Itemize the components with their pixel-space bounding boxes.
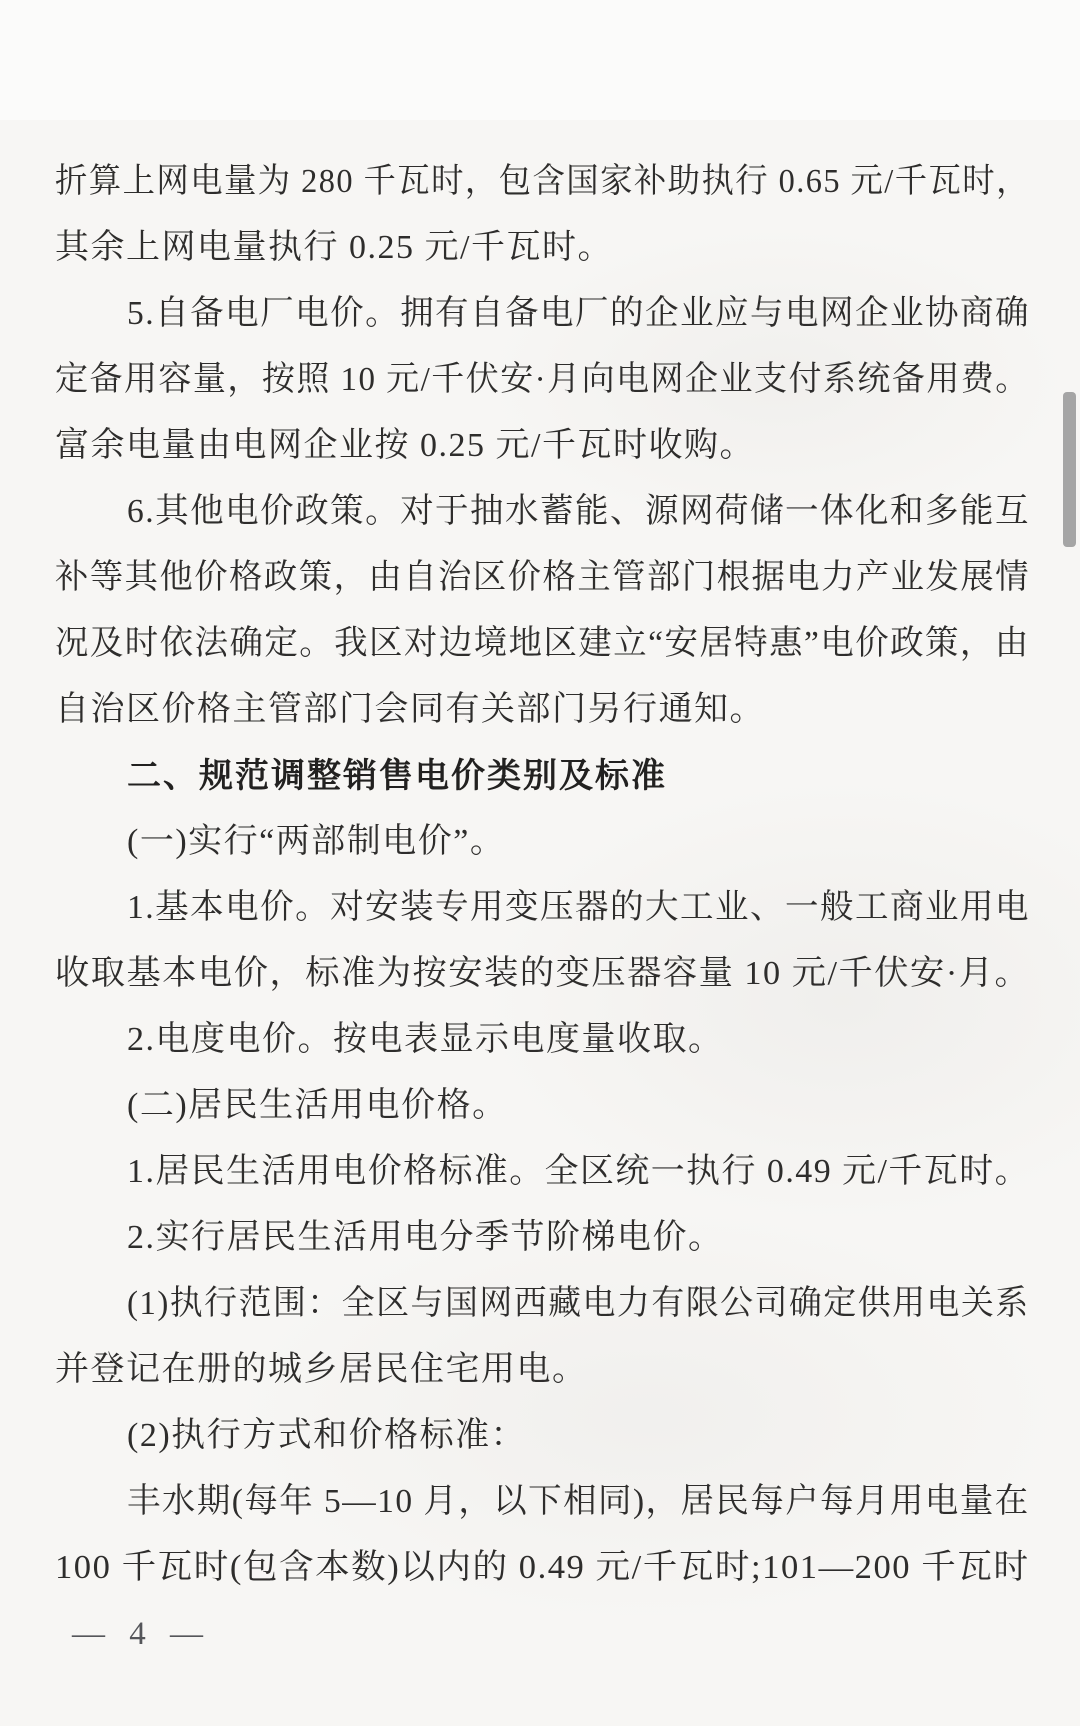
body-line-text: (二)居民生活用电价格。: [127, 1073, 508, 1139]
body-line-text: 丰水期(每年 5—10 月，以下相同)，居民每户每月用电量在: [127, 1469, 1030, 1535]
section-heading-text: 二、规范调整销售电价类别及标准: [127, 743, 667, 809]
body-line: 其余上网电量执行 0.25 元/千瓦时。: [55, 215, 1030, 281]
scrollbar-thumb[interactable]: [1063, 392, 1076, 547]
body-line-text: 富余电量由电网企业按 0.25 元/千瓦时收购。: [55, 413, 755, 479]
body-line-text: 定备用容量，按照 10 元/千伏安·月向电网企业支付系统备用费。: [55, 347, 1030, 413]
body-line: 100 千瓦时(包含本数)以内的 0.49 元/千瓦时;101—200 千瓦时: [55, 1535, 1030, 1601]
body-line-text: (一)实行“两部制电价”。: [127, 809, 505, 875]
document-body: 折算上网电量为 280 千瓦时，包含国家补助执行 0.65 元/千瓦时， 其余上…: [55, 149, 1030, 1601]
body-line-text: 2.实行居民生活用电分季节阶梯电价。: [127, 1205, 724, 1271]
body-line-text: (1)执行范围：全区与国网西藏电力有限公司确定供用电关系: [127, 1271, 1030, 1337]
document-page: 折算上网电量为 280 千瓦时，包含国家补助执行 0.65 元/千瓦时， 其余上…: [0, 0, 1080, 1726]
body-line: 2.电度电价。按电表显示电度量收取。: [55, 1007, 1030, 1073]
body-line: (二)居民生活用电价格。: [55, 1073, 1030, 1139]
body-line: 况及时依法确定。我区对边境地区建立“安居特惠”电价政策，由: [55, 611, 1030, 677]
body-line-text: 并登记在册的城乡居民住宅用电。: [55, 1337, 588, 1403]
body-line-text: 1.基本电价。对安装专用变压器的大工业、一般工商业用电: [127, 875, 1030, 941]
body-line: 自治区价格主管部门会同有关部门另行通知。: [55, 677, 1030, 743]
body-line-text: 100 千瓦时(包含本数)以内的 0.49 元/千瓦时;101—200 千瓦时: [55, 1535, 1030, 1601]
body-line: 2.实行居民生活用电分季节阶梯电价。: [55, 1205, 1030, 1271]
body-line-text: (2)执行方式和价格标准：: [127, 1403, 526, 1469]
body-line: 丰水期(每年 5—10 月，以下相同)，居民每户每月用电量在: [55, 1469, 1030, 1535]
body-line: 折算上网电量为 280 千瓦时，包含国家补助执行 0.65 元/千瓦时，: [55, 149, 1030, 215]
body-line-text: 其余上网电量执行 0.25 元/千瓦时。: [55, 215, 613, 281]
page-number: — 4 —: [72, 1601, 205, 1667]
section-heading: 二、规范调整销售电价类别及标准: [55, 743, 1030, 809]
body-line-text: 补等其他价格政策，由自治区价格主管部门根据电力产业发展情: [55, 545, 1030, 611]
body-line: 并登记在册的城乡居民住宅用电。: [55, 1337, 1030, 1403]
body-line: (一)实行“两部制电价”。: [55, 809, 1030, 875]
body-line: 6.其他电价政策。对于抽水蓄能、源网荷储一体化和多能互: [55, 479, 1030, 545]
body-line: (1)执行范围：全区与国网西藏电力有限公司确定供用电关系: [55, 1271, 1030, 1337]
body-line: (2)执行方式和价格标准：: [55, 1403, 1030, 1469]
body-line: 1.居民生活用电价格标准。全区统一执行 0.49 元/千瓦时。: [55, 1139, 1030, 1205]
page-top-margin: [0, 0, 1080, 120]
body-line-text: 折算上网电量为 280 千瓦时，包含国家补助执行 0.65 元/千瓦时，: [55, 149, 1030, 215]
body-line: 富余电量由电网企业按 0.25 元/千瓦时收购。: [55, 413, 1030, 479]
body-line-text: 收取基本电价，标准为按安装的变压器容量 10 元/千伏安·月。: [55, 941, 1030, 1007]
body-line: 5.自备电厂电价。拥有自备电厂的企业应与电网企业协商确: [55, 281, 1030, 347]
body-line: 定备用容量，按照 10 元/千伏安·月向电网企业支付系统备用费。: [55, 347, 1030, 413]
body-line: 补等其他价格政策，由自治区价格主管部门根据电力产业发展情: [55, 545, 1030, 611]
body-line-text: 5.自备电厂电价。拥有自备电厂的企业应与电网企业协商确: [127, 281, 1030, 347]
body-line: 收取基本电价，标准为按安装的变压器容量 10 元/千伏安·月。: [55, 941, 1030, 1007]
body-line-text: 6.其他电价政策。对于抽水蓄能、源网荷储一体化和多能互: [127, 479, 1030, 545]
body-line-text: 况及时依法确定。我区对边境地区建立“安居特惠”电价政策，由: [55, 611, 1030, 677]
body-line-text: 1.居民生活用电价格标准。全区统一执行 0.49 元/千瓦时。: [127, 1139, 1030, 1205]
body-line: 1.基本电价。对安装专用变压器的大工业、一般工商业用电: [55, 875, 1030, 941]
body-line-text: 2.电度电价。按电表显示电度量收取。: [127, 1007, 724, 1073]
body-line-text: 自治区价格主管部门会同有关部门另行通知。: [55, 677, 765, 743]
